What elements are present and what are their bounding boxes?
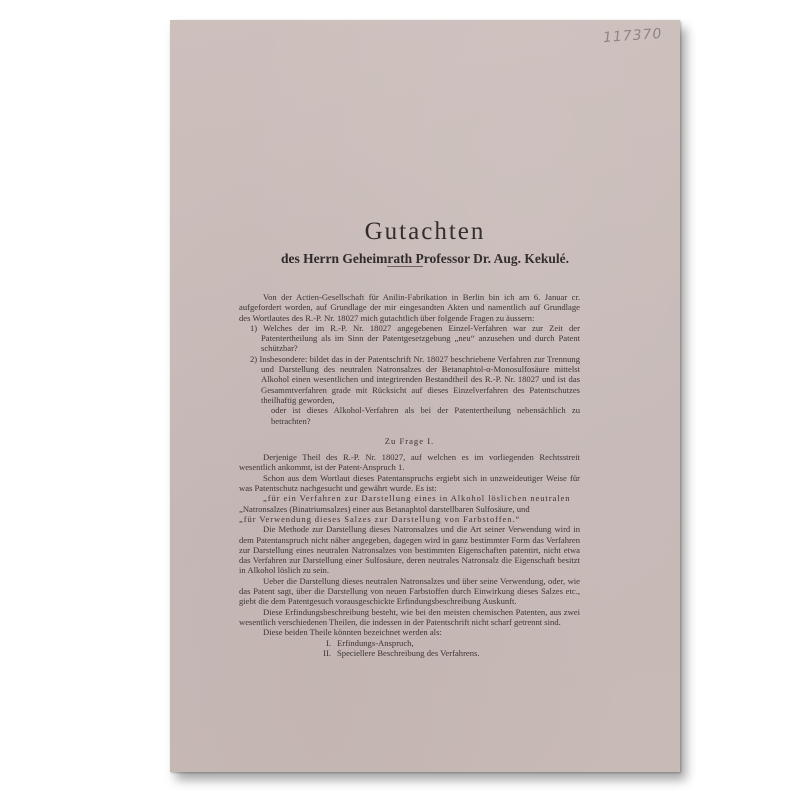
intro-paragraph: Von der Actien-Gesellschaft für Anilin-F…	[239, 292, 580, 323]
quote-line: „Natronsalzes (Binatriumsalzes) einer au…	[239, 504, 580, 514]
paragraph: Ueber die Darstellung dieses neutralen N…	[239, 576, 580, 607]
title-divider	[387, 266, 423, 267]
quote-line: „für Verwendung dieses Salzes zur Darste…	[239, 514, 580, 524]
section-heading: Zu Frage I.	[239, 436, 580, 446]
part-item: II.Speciellere Beschreibung des Verfahre…	[239, 648, 580, 658]
quote-line: „für ein Verfahren zur Darstellung eines…	[239, 493, 580, 503]
question-1: 1) Welches der im R.-P. Nr. 18027 angege…	[239, 323, 580, 354]
paragraph: Derjenige Theil des R.-P. Nr. 18027, auf…	[239, 452, 580, 473]
question-number: 1)	[250, 323, 257, 333]
part-text: Erfindungs-Anspruch,	[337, 638, 414, 648]
paragraph: Schon aus dem Wortlaut dieses Patentansp…	[239, 473, 580, 494]
part-number: I.	[317, 638, 331, 648]
question-2-alternative: oder ist dieses Alkohol-Verfahren als be…	[239, 405, 580, 426]
part-number: II.	[317, 648, 331, 658]
part-item: I.Erfindungs-Anspruch,	[239, 638, 580, 648]
question-text: Welches der im R.-P. Nr. 18027 angegeben…	[261, 323, 580, 354]
document-body: Von der Actien-Gesellschaft für Anilin-F…	[239, 292, 580, 658]
paragraph: Die Methode zur Darstellung dieses Natro…	[239, 524, 580, 575]
part-text: Speciellere Beschreibung des Verfahrens.	[337, 648, 480, 658]
document-title: Gutachten	[170, 218, 680, 246]
question-2: 2) Insbesondere: bildet das in der Paten…	[239, 354, 580, 405]
question-number: 2)	[250, 354, 257, 364]
paragraph: Diese Erfindungsbeschreibung besteht, wi…	[239, 607, 580, 628]
paragraph: Diese beiden Theile könnten bezeichnet w…	[239, 627, 580, 637]
archive-number: 117370	[602, 26, 662, 46]
document-subtitle: des Herrn Geheimrath Professor Dr. Aug. …	[170, 251, 680, 267]
question-text: Insbesondere: bildet das in der Patentsc…	[260, 354, 580, 405]
